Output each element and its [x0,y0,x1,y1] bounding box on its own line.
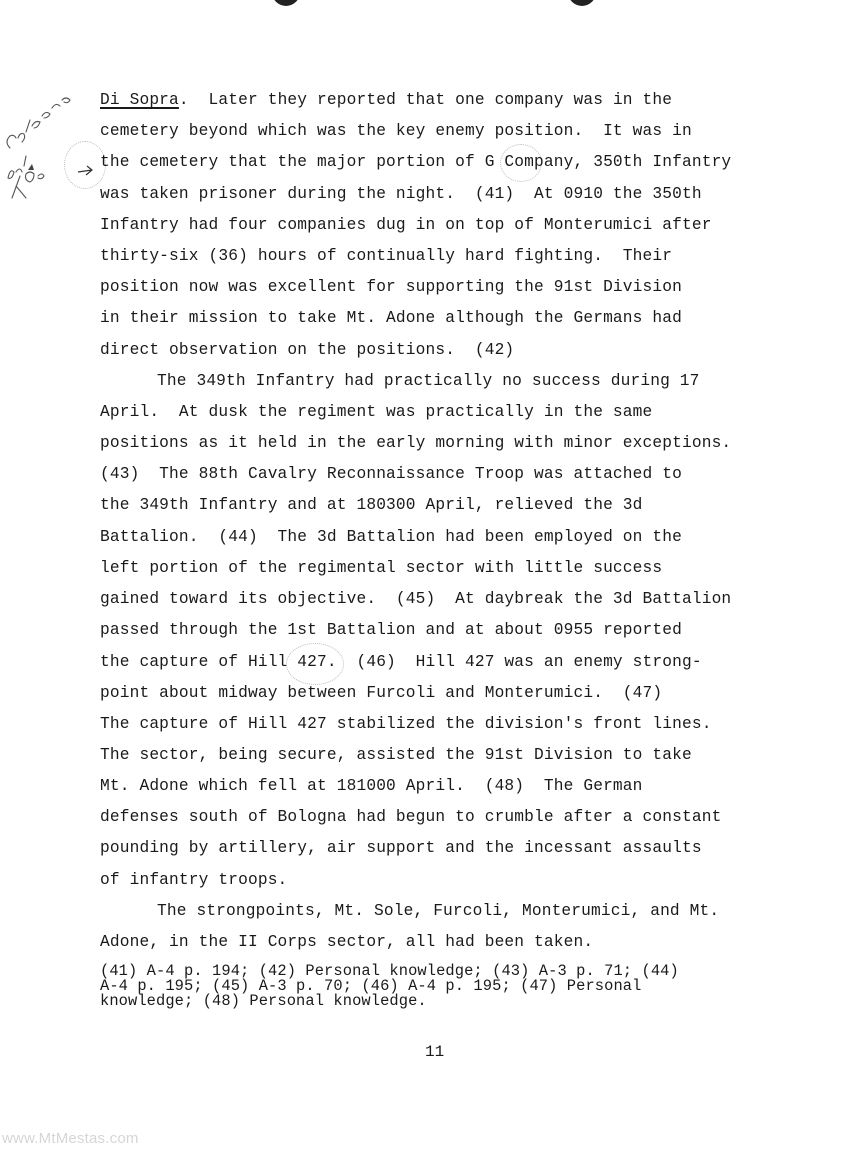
text-line: thirty-six (36) hours of continually har… [100,246,672,266]
page-number: 11 [425,1042,444,1062]
text-line: cemetery beyond which was the key enemy … [100,121,692,141]
text-line: defenses south of Bologna had begun to c… [100,807,721,827]
text-line: the capture of Hill 427. (46) Hill 427 w… [100,652,702,672]
binder-hole-right [568,0,596,6]
text-line: position now was excellent for supportin… [100,277,682,297]
text-line: left portion of the regimental sector wi… [100,558,662,578]
text-line: in their mission to take Mt. Adone altho… [100,308,682,328]
text-line: of infantry troops. [100,870,287,890]
text-line: was taken prisoner during the night. (41… [100,184,702,204]
paragraph-first-line: The 349th Infantry had practically no su… [157,371,700,391]
text-line: direct observation on the positions. (42… [100,340,514,360]
text-line: Di Sopra. Later they reported that one c… [100,90,672,110]
binder-hole-left [272,0,300,6]
paragraph-first-line: The strongpoints, Mt. Sole, Furcoli, Mon… [157,901,719,921]
text-line: Infantry had four companies dug in on to… [100,215,712,235]
footnote-line: knowledge; (48) Personal knowledge. [100,994,427,1009]
arrow-right-icon [76,164,96,178]
text-line: gained toward its objective. (45) At day… [100,589,731,609]
text-line: Battalion. (44) The 3d Battalion had bee… [100,527,682,547]
text-line: The capture of Hill 427 stabilized the d… [100,714,712,734]
text-line: Adone, in the II Corps sector, all had b… [100,932,593,952]
watermark: www.MtMestas.com [2,1130,139,1147]
text-line: Mt. Adone which fell at 181000 April. (4… [100,776,643,796]
text-line: the cemetery that the major portion of G… [100,152,731,172]
text-line: (43) The 88th Cavalry Reconnaissance Tro… [100,464,682,484]
text-line: passed through the 1st Battalion and at … [100,620,682,640]
text-line: point about midway between Furcoli and M… [100,683,662,703]
underlined-place-name: Di Sopra [100,91,179,109]
text-line: The sector, being secure, assisted the 9… [100,745,692,765]
text-line: positions as it held in the early mornin… [100,433,731,453]
text-line: pounding by artillery, air support and t… [100,838,702,858]
text-line: April. At dusk the regiment was practica… [100,402,652,422]
text-line: the 349th Infantry and at 180300 April, … [100,495,643,515]
document-page: Di Sopra. Later they reported that one c… [0,0,850,1150]
